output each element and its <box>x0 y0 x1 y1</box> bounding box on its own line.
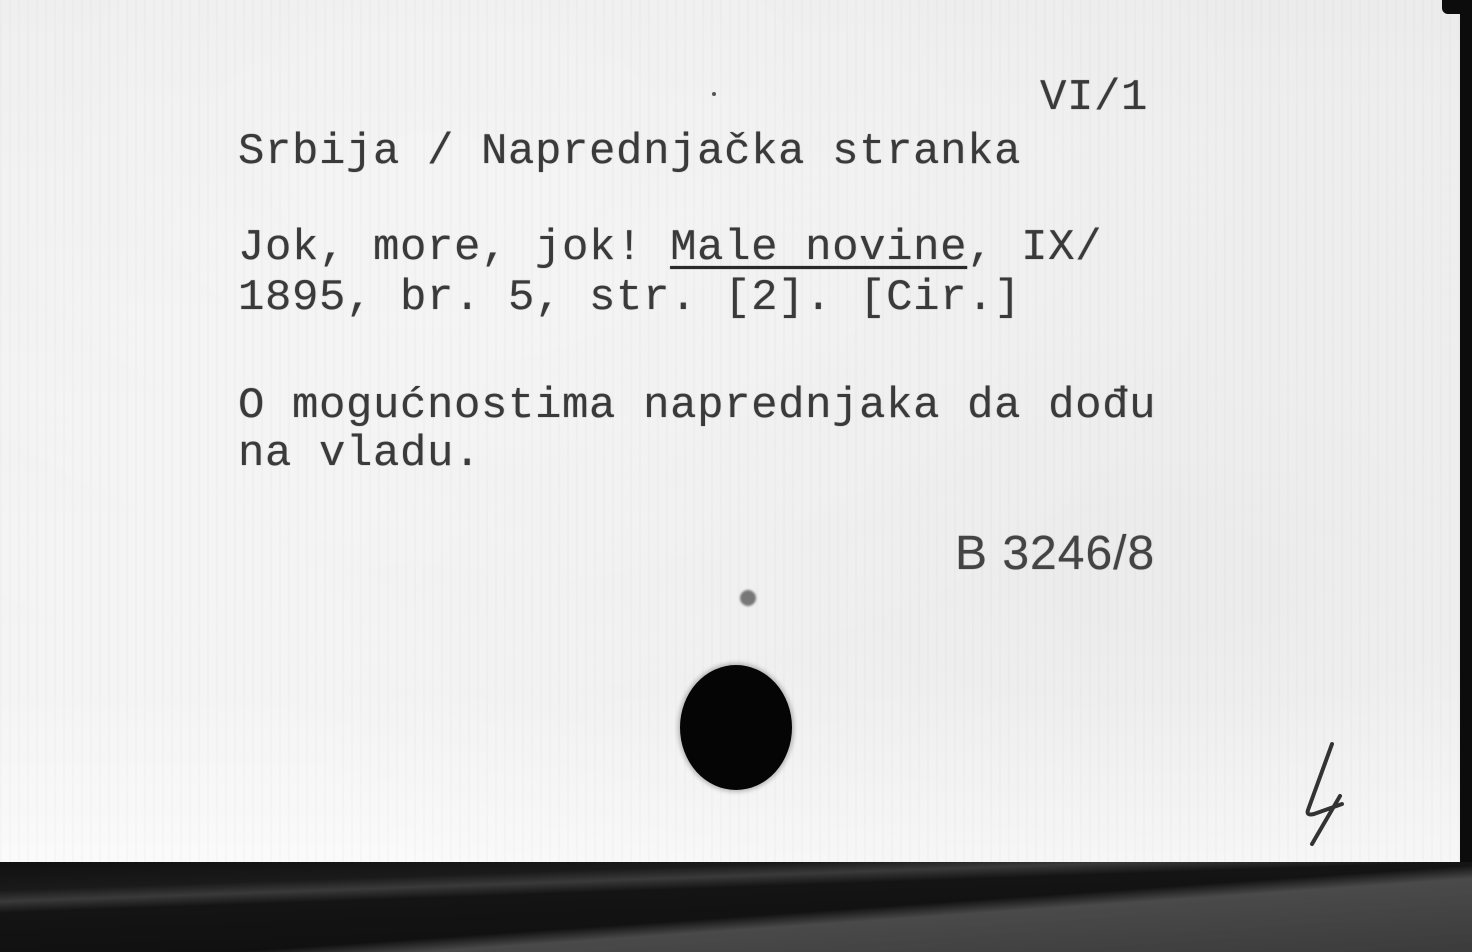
catalog-card: VI/1 Srbija / Naprednjačka stranka Jok, … <box>0 0 1460 862</box>
scanned-document: VI/1 Srbija / Naprednjačka stranka Jok, … <box>0 0 1472 952</box>
ink-dot <box>712 92 716 96</box>
call-number: VI/1 <box>1040 76 1148 120</box>
accession-number: B 3246/8 <box>955 530 1155 578</box>
card-corner <box>1442 0 1472 14</box>
ink-smudge <box>740 590 756 606</box>
issue-volume: , IX/ <box>967 223 1102 273</box>
title-entry-line-2: 1895, br. 5, str. [2]. [Cir.] <box>238 276 1021 320</box>
title-text: Jok, more, jok! <box>238 223 670 273</box>
handwritten-number-icon <box>1290 738 1350 848</box>
abstract-line-2: na vladu. <box>238 432 481 476</box>
title-entry-line-1: Jok, more, jok! Male novine, IX/ <box>238 226 1102 270</box>
scanner-background <box>0 862 1472 952</box>
abstract-line-1: O mogućnostima naprednjaka da dođu <box>238 384 1156 428</box>
card-edge-shadow <box>1460 0 1472 862</box>
subject-heading: Srbija / Naprednjačka stranka <box>238 130 1021 174</box>
punch-hole <box>680 665 792 790</box>
publication-title: Male novine <box>670 223 967 273</box>
